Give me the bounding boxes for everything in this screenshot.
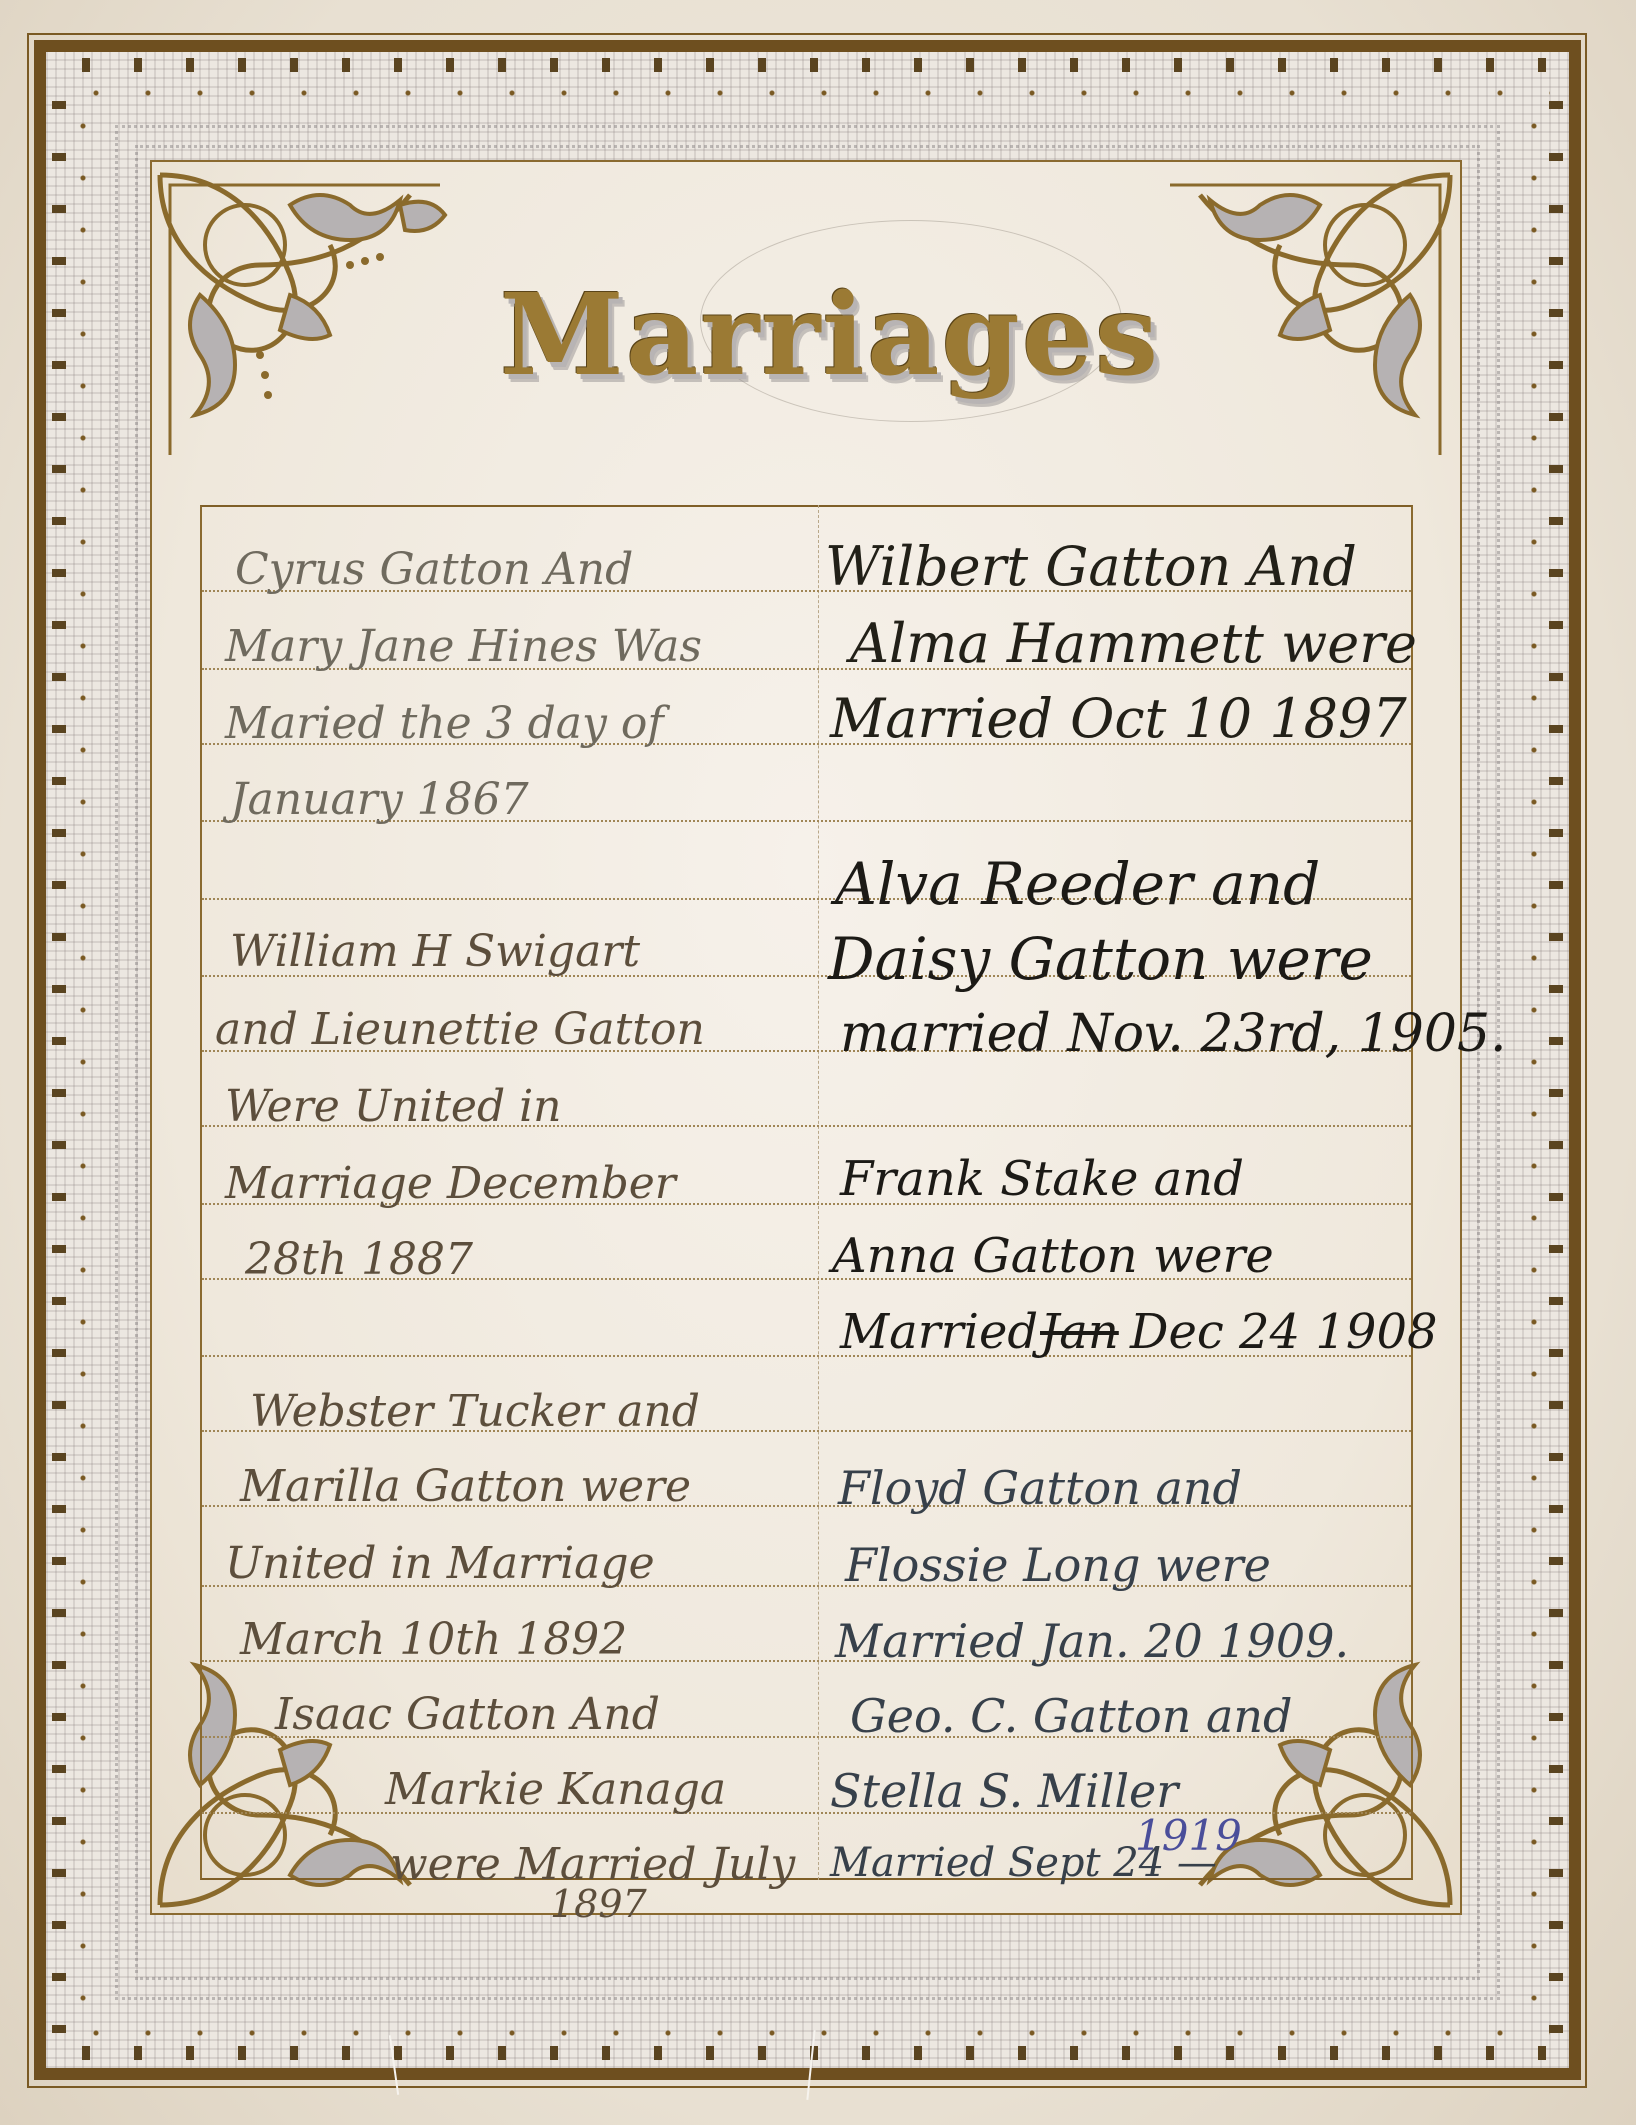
entry-line: Alva Reeder and	[835, 855, 1320, 913]
column-divider	[818, 505, 819, 1880]
entry-line: and Lieunettie Gatton	[215, 1008, 705, 1052]
corner-ornament-top-right-icon	[1160, 165, 1460, 465]
entry-line: Webster Tucker and	[250, 1390, 700, 1434]
lace-beads-left	[52, 70, 66, 2055]
family-bible-page: Marriages	[0, 0, 1636, 2125]
lace-beads-top	[60, 58, 1555, 72]
entry-line: 28th 1887	[245, 1238, 473, 1282]
entry-line: Markie Kanaga	[385, 1768, 726, 1812]
entry-line: Daisy Gatton were	[828, 930, 1373, 988]
entry-line: Cyrus Gatton And	[235, 548, 633, 592]
entry-line: Married	[840, 1308, 1038, 1356]
entry-line: March 10th 1892	[240, 1618, 627, 1662]
entry-line: 1897	[550, 1885, 647, 1923]
lace-beads-right	[1549, 70, 1563, 2055]
entry-line: William H Swigart	[230, 930, 640, 974]
entry-line: Mary Jane Hines Was	[225, 625, 702, 669]
lace-dots-left	[80, 100, 86, 2020]
entry-line: Marriage December	[225, 1162, 676, 1206]
page-title: Marriages	[510, 230, 1150, 440]
lace-dots-top	[70, 90, 1550, 96]
entry-line: Stella S. Miller	[830, 1768, 1178, 1814]
entry-line: Isaac Gatton And	[275, 1693, 660, 1737]
entry-line: United in Marriage	[225, 1542, 655, 1586]
entry-line: married Nov. 23rd, 1905.	[840, 1008, 1507, 1060]
entry-line: Marilla Gatton were	[240, 1465, 691, 1509]
page-title-text: Marriages	[500, 270, 1160, 401]
entry-line: Geo. C. Gatton and	[850, 1693, 1292, 1739]
entry-line: Flossie Long were	[845, 1542, 1271, 1588]
entry-line: Married Oct 10 1897	[830, 692, 1407, 746]
lace-dots-bottom	[70, 2030, 1550, 2036]
entry-line: Were United in	[225, 1085, 562, 1129]
entry-line: January 1867	[230, 778, 529, 822]
struck-out-word: Jan	[1040, 1308, 1119, 1356]
entry-line: Anna Gatton were	[832, 1232, 1274, 1280]
entry-line: Maried the 3 day of	[225, 702, 664, 746]
entry-line: Married Jan. 20 1909.	[835, 1618, 1349, 1664]
entry-line: Alma Hammett were	[850, 617, 1417, 671]
corner-ornament-top-left-icon	[150, 165, 450, 465]
entry-line: Floyd Gatton and	[838, 1465, 1242, 1511]
entry-line: Dec 24 1908	[1130, 1308, 1438, 1356]
lace-beads-bottom	[60, 2046, 1555, 2060]
entry-line: were Married July	[390, 1843, 795, 1887]
entry-line: Frank Stake and	[840, 1155, 1244, 1203]
entry-line: Wilbert Gatton And	[825, 540, 1357, 594]
entry-year-blue: 1919	[1135, 1815, 1242, 1857]
lace-dots-right	[1531, 100, 1537, 2020]
